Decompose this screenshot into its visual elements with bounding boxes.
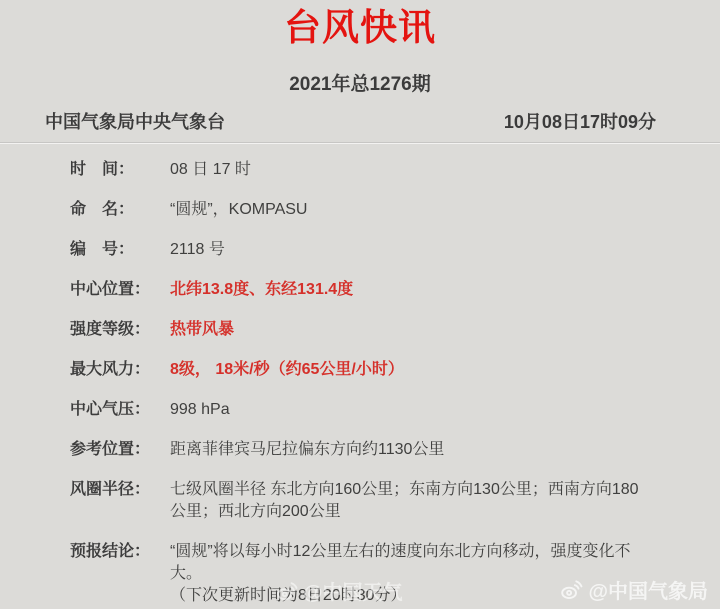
field-label: 参考位置： [70, 439, 170, 461]
field-label: 编 号： [70, 239, 170, 261]
field-value: 距离菲律宾马尼拉偏东方向约1130公里 [170, 439, 644, 461]
fields-list: 时 间： 08 日 17 时 命 名： “圆规”，KOMPASU 编 号： 21… [0, 144, 720, 607]
field-row-name: 命 名： “圆规”，KOMPASU [70, 199, 720, 221]
field-value: 8级， 18米/秒（约65公里/小时） [170, 359, 644, 381]
field-label: 风圈半径： [70, 479, 170, 501]
field-label: 最大风力： [70, 359, 170, 381]
field-row-time: 时 间： 08 日 17 时 [70, 159, 720, 181]
header-row: 中国气象局中央气象台 10月08日17时09分 [0, 111, 720, 133]
field-label: 预报结论： [70, 541, 170, 563]
field-label: 中心位置： [70, 279, 170, 301]
field-label: 命 名： [70, 199, 170, 221]
field-row-reference-position: 参考位置： 距离菲律宾马尼拉偏东方向约1130公里 [70, 439, 720, 461]
field-value: 热带风暴 [170, 319, 644, 341]
issue-number: 2021年总1276期 [0, 74, 720, 96]
field-row-number: 编 号： 2118 号 [70, 239, 720, 261]
next-update-note: （下次更新时间为8日20时30分） [170, 585, 644, 607]
field-value: 08 日 17 时 [170, 159, 644, 181]
field-value: “圆规”将以每小时12公里左右的速度向东北方向移动，强度变化不大。 （下次更新时… [170, 541, 644, 607]
typhoon-bulletin: 台风快讯 2021年总1276期 中国气象局中央气象台 10月08日17时09分… [0, 6, 720, 609]
field-label: 强度等级： [70, 319, 170, 341]
field-row-max-wind: 最大风力： 8级， 18米/秒（约65公里/小时） [70, 359, 720, 381]
page-title: 台风快讯 [0, 6, 720, 50]
field-value: 北纬13.8度、东经131.4度 [170, 279, 644, 301]
field-row-forecast-conclusion: 预报结论： “圆规”将以每小时12公里左右的速度向东北方向移动，强度变化不大。 … [70, 541, 720, 607]
field-row-center-pressure: 中心气压： 998 hPa [70, 399, 720, 421]
publish-datetime: 10月08日17时09分 [504, 111, 656, 133]
field-row-wind-circle-radius: 风圈半径： 七级风圈半径 东北方向160公里；东南方向130公里；西南方向180… [70, 479, 720, 523]
field-row-center-position: 中心位置： 北纬13.8度、东经131.4度 [70, 279, 720, 301]
field-value: 七级风圈半径 东北方向160公里；东南方向130公里；西南方向180公里；西北方… [170, 479, 644, 523]
field-row-intensity: 强度等级： 热带风暴 [70, 319, 720, 341]
forecast-text: “圆规”将以每小时12公里左右的速度向东北方向移动，强度变化不大。 [170, 543, 630, 582]
field-value: “圆规”，KOMPASU [170, 199, 644, 221]
field-value: 2118 号 [170, 239, 644, 261]
field-label: 时 间： [70, 159, 170, 181]
field-label: 中心气压： [70, 399, 170, 421]
field-value: 998 hPa [170, 399, 644, 421]
agency-name: 中国气象局中央气象台 [45, 111, 225, 133]
